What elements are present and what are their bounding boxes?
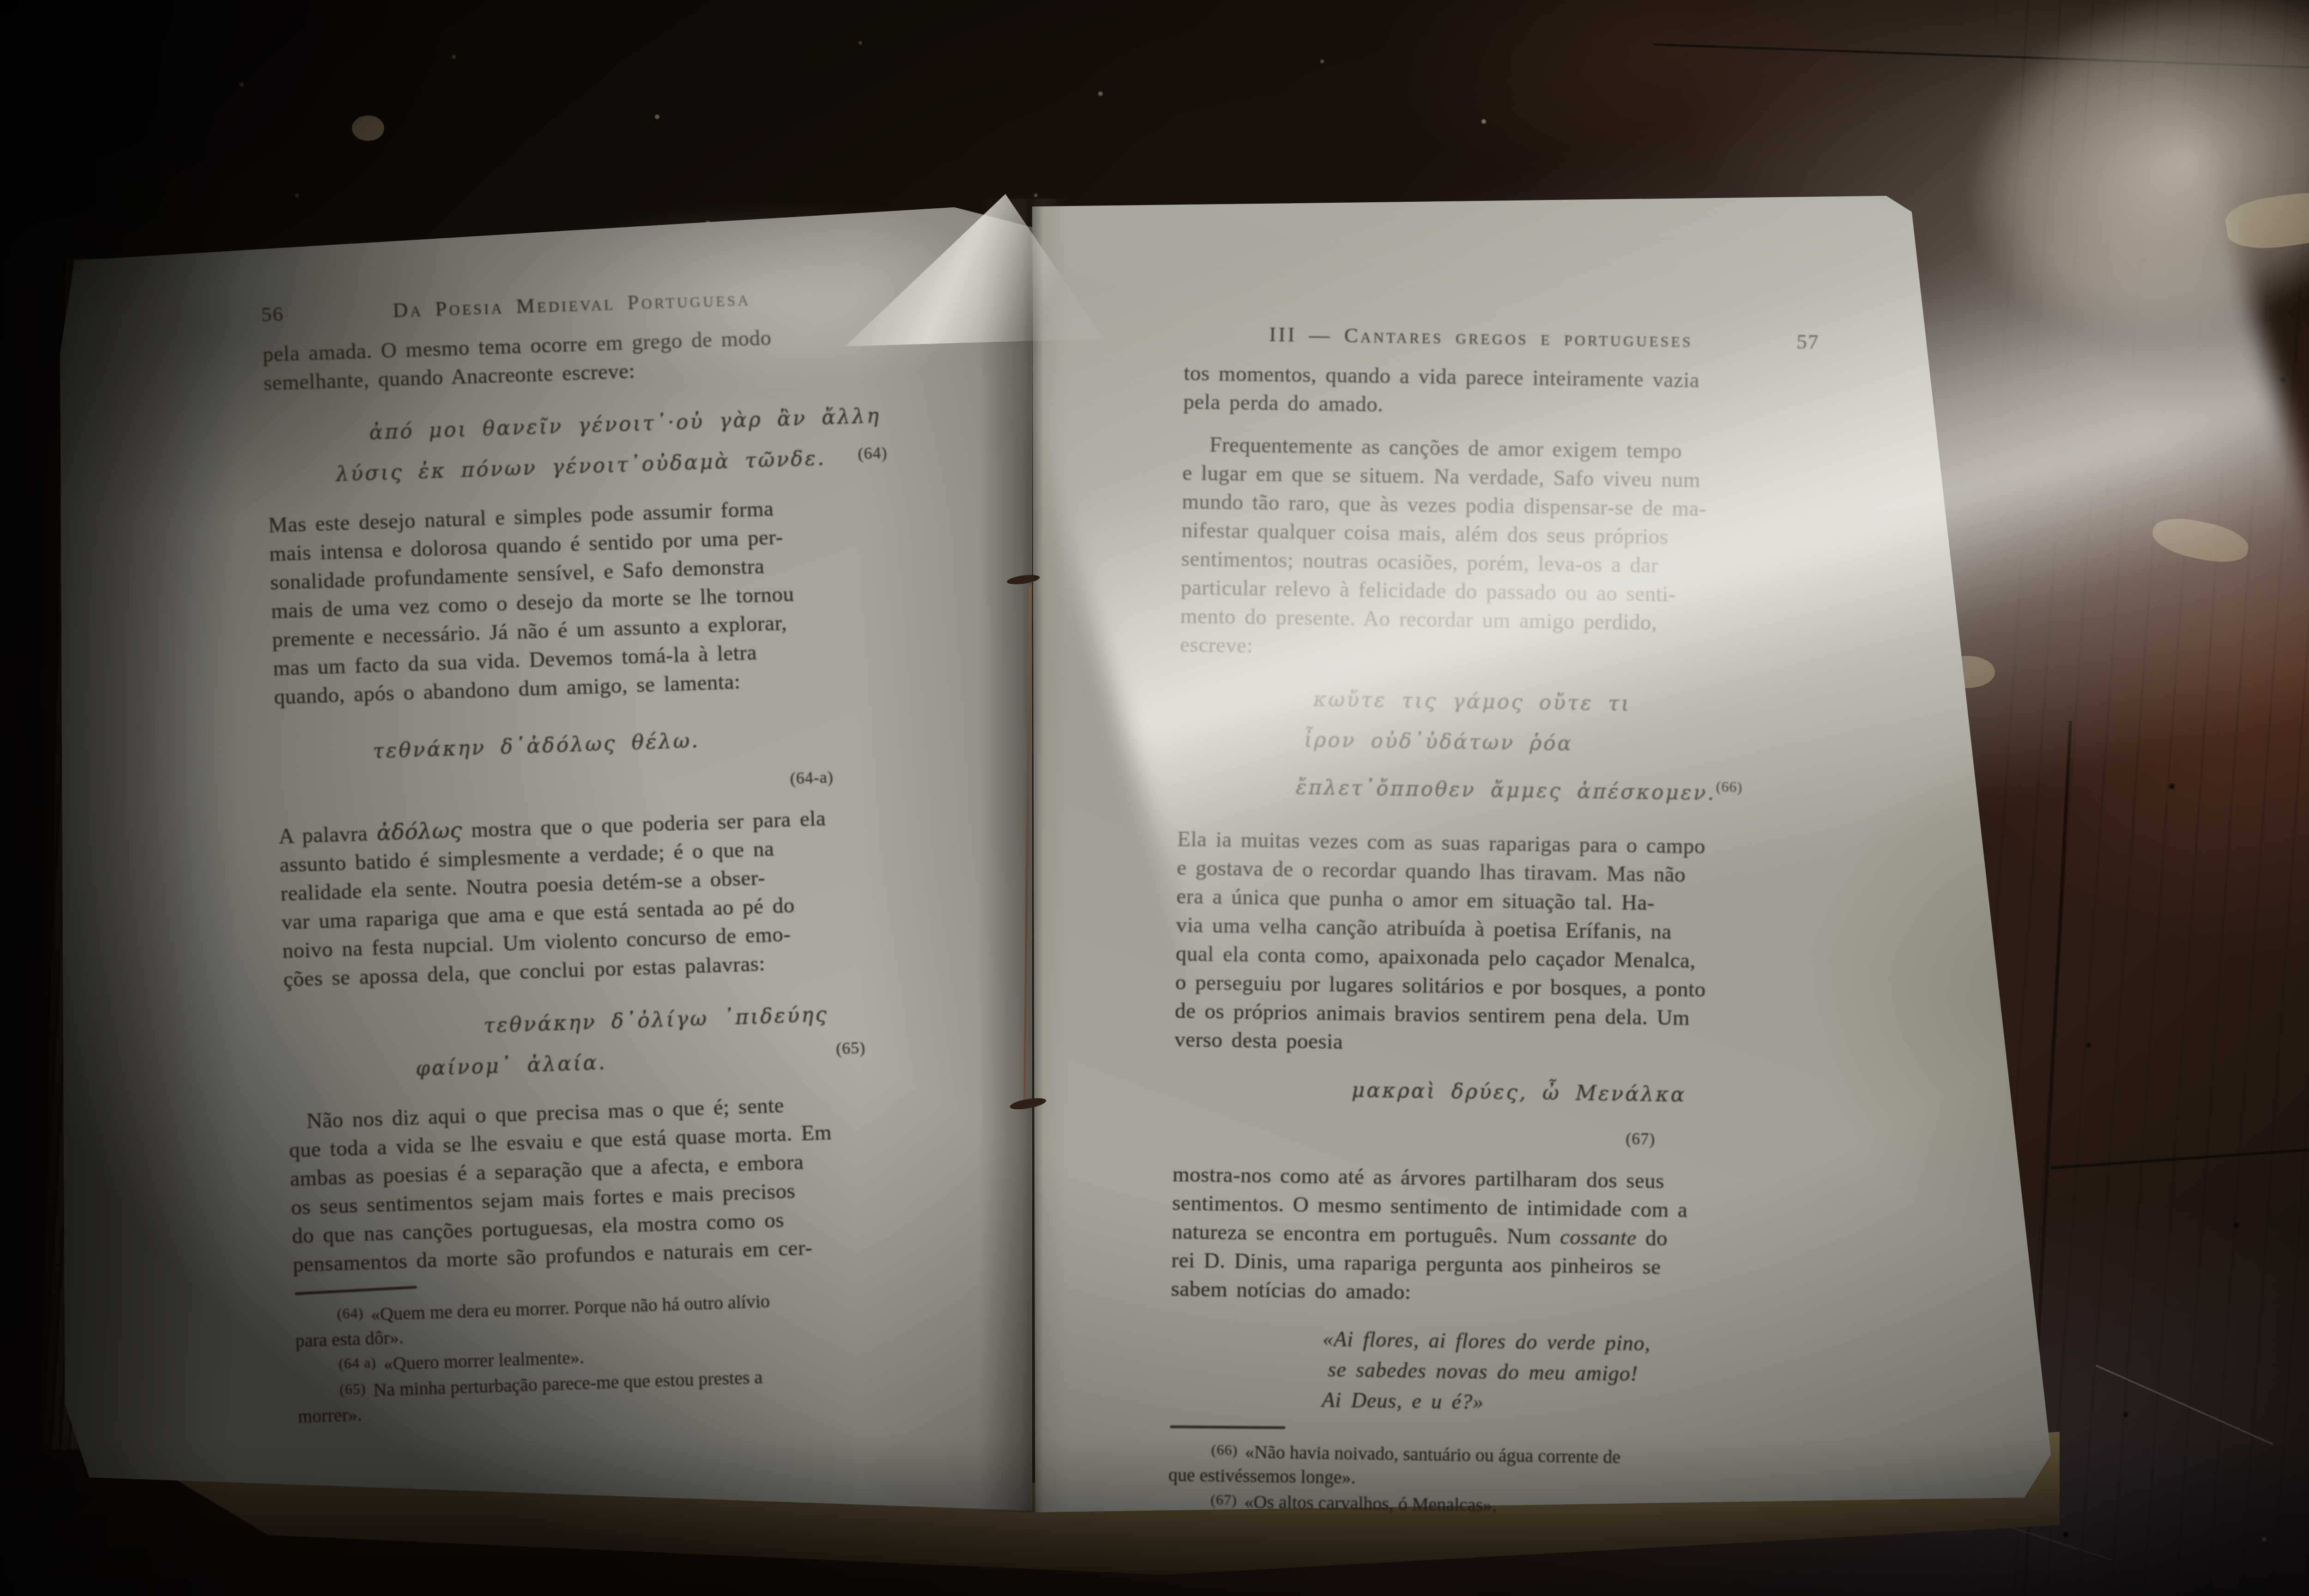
footnote-marker: (64 a) [338, 1354, 377, 1372]
paragraph: Frequentemente as canções de amor exigem… [1180, 430, 1818, 668]
footnote: (66)«Não havia noivado, santuário ou águ… [1168, 1437, 1804, 1496]
paint-chip [352, 115, 384, 141]
quote-ref: (67) [1626, 1118, 1656, 1160]
chapter-numeral: III — [1269, 323, 1344, 347]
verse-quote: «Ai flores, ai flores do verde pino, se … [1322, 1324, 1806, 1422]
footnote-rule [1170, 1426, 1286, 1429]
greek-line: μακραὶ δρύες, ὦ Μενάλκα [1351, 1070, 1809, 1117]
greek-quote: μακραὶ δρύες, ὦ Μενάλκα (67) [1173, 1068, 1809, 1155]
footnote-marker: (67) [1210, 1491, 1237, 1508]
right-page-content: III — Cantares gregos e portugueses 57 t… [1168, 321, 1819, 1522]
greek-quote: τεθνάκην δ᾽ὀλίγω ᾽πιδεύης φαίνομ᾽ ἀλαία.… [284, 992, 908, 1094]
paragraph: Ela ia muitas vezes com as suas rapariga… [1174, 825, 1813, 1063]
left-page-content: 56 Da Poesia Medieval Portuguesa pela am… [261, 282, 919, 1428]
greek-quote: ἀπό μοι θανεῖν γένοιτ᾽·οὐ γὰρ ἂν ἄλλη λύ… [265, 395, 888, 497]
paragraph: pela amada. O mesmo tema ocorre em grego… [262, 320, 885, 398]
page-number: 57 [1750, 329, 1819, 354]
footnote-rule [295, 1286, 417, 1295]
quote-ref: (66) [1716, 778, 1743, 795]
paragraph: tos momentos, quando a vida parece intei… [1183, 359, 1819, 425]
greek-line: κωὔτε τις γάμος οὔτε τι [1313, 679, 1814, 727]
quote-ref: (64-a) [789, 756, 834, 798]
greek-line: ἔπλετ᾽ὄπποθεν ἄμμες ἀπέσκομεν.(66) [1295, 760, 1813, 815]
photo-scene: 56 Da Poesia Medieval Portuguesa pela am… [0, 0, 2309, 1596]
greek-quote: τεθνάκην δ᾽ἀδόλως θέλω. (64-a) [275, 714, 898, 804]
paragraph: Não nos diz aqui o que precisa mas o que… [288, 1087, 914, 1279]
wood-specks [0, 0, 3, 3]
footnotes: (64)«Quem me dera eu morrer. Porque não … [294, 1282, 919, 1428]
footnotes: (66)«Não havia noivado, santuário ou águ… [1168, 1437, 1804, 1522]
header-spacer [813, 301, 882, 303]
header-spacer [1184, 340, 1212, 340]
footnote-marker: (65) [339, 1380, 366, 1398]
paragraph: Mas este desejo natural e simples pode a… [268, 490, 895, 711]
verse-line: Ai Deus, e u é?» [1322, 1384, 1805, 1422]
paragraph: mostra-nos como até as árvores partilhar… [1171, 1160, 1807, 1312]
greek-line: ἶρον οὐδ᾽ὐδάτων ῥόα [1304, 720, 1814, 768]
quote-ref: (64) [857, 432, 888, 474]
footnote-marker: (64) [337, 1305, 363, 1322]
italic-term: cossante [1560, 1225, 1637, 1250]
footnote-marker: (66) [1211, 1441, 1238, 1458]
quote-ref: (65) [835, 1028, 866, 1069]
inline-greek-word: ἀδόλως [376, 817, 463, 846]
page-number: 56 [261, 300, 331, 326]
greek-quote: κωὔτε τις γάμος οὔτε τι ἶρον οὐδ᾽ὐδάτων … [1178, 677, 1814, 815]
gutter-shadow [979, 199, 1090, 1512]
paragraph: A palavra ἀδόλως mostra que o que poderi… [278, 802, 905, 994]
